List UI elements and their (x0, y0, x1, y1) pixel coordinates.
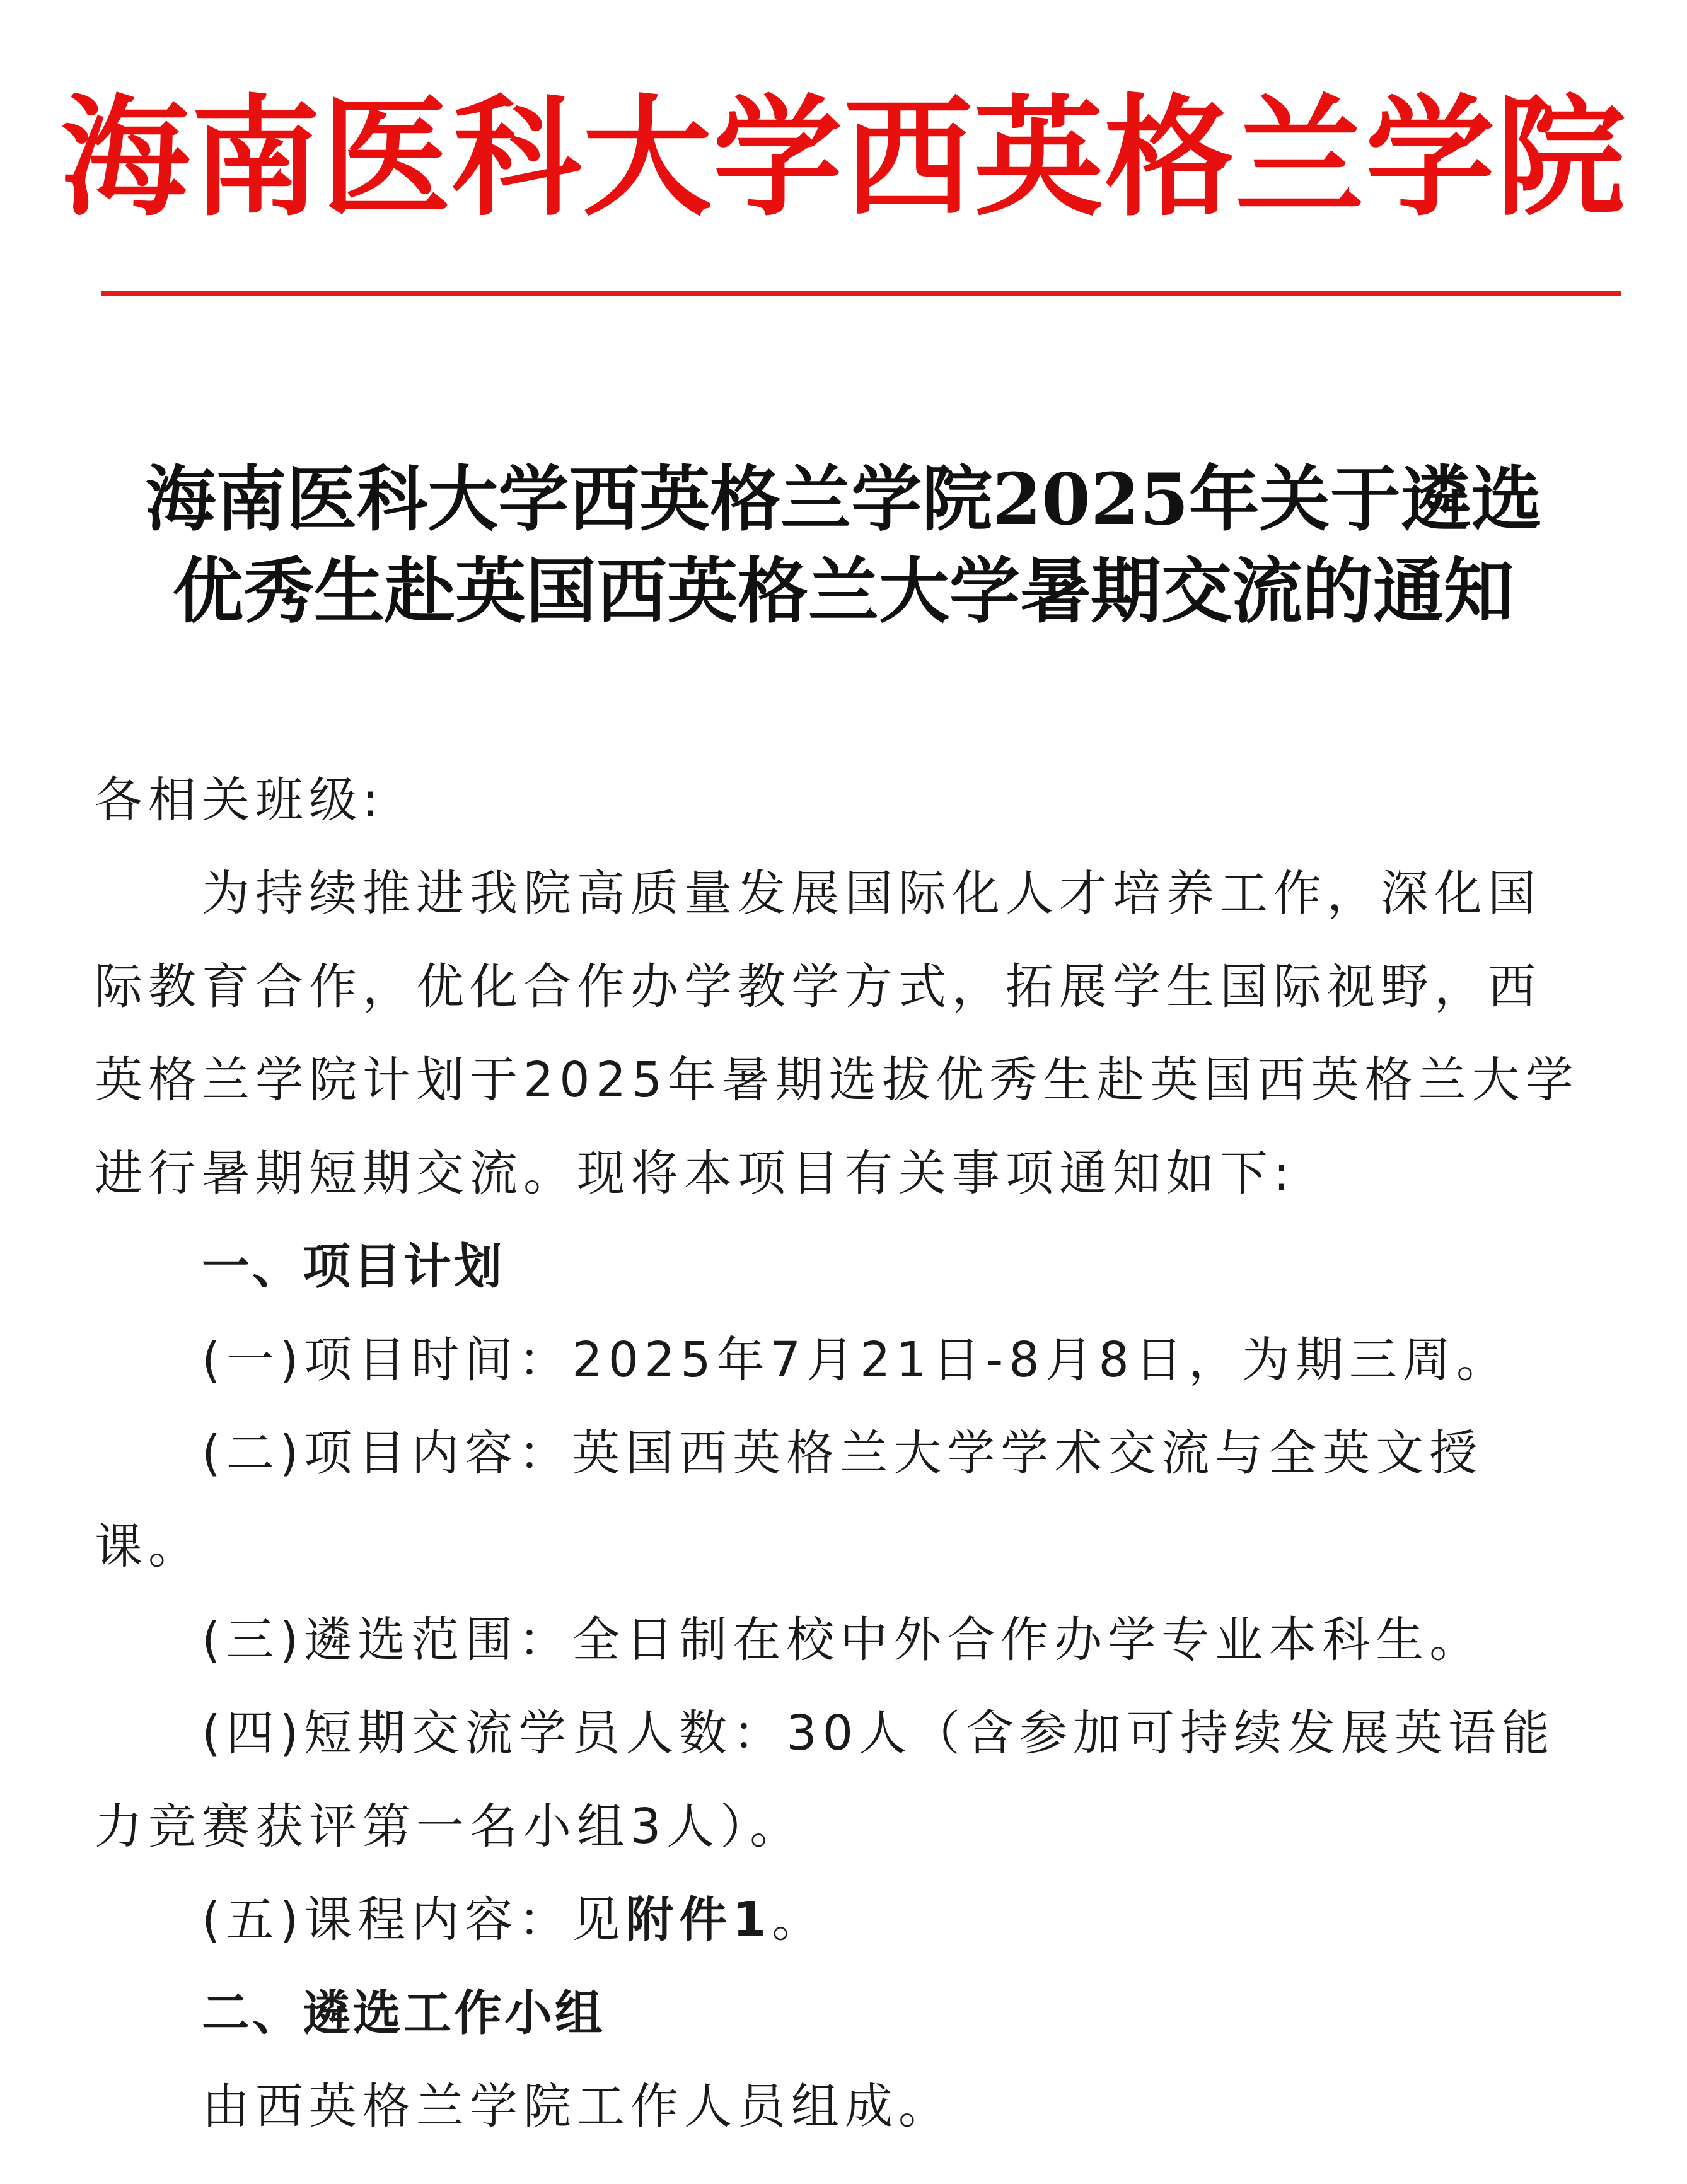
salutation: 各相关班级: (95, 753, 1570, 847)
document-title-line-2: 优秀生赴英国西英格兰大学暑期交流的通知 (0, 546, 1687, 638)
org-masthead: 海南医科大学西英格兰学院 (0, 82, 1687, 233)
selection-team-description: 由西英格兰学院工作人员组成。 (95, 2060, 1570, 2153)
list-item-continuation: 力竞赛获评第一名小组3人）。 (95, 1780, 1570, 1873)
item-label: (二)项目内容： (202, 1425, 572, 1481)
intro-paragraph-line: 为持续推进我院高质量发展国际化人才培养工作，深化国 (95, 847, 1570, 940)
document-title-line-1: 海南医科大学西英格兰学院2025年关于遴选 (0, 454, 1687, 546)
list-item-selection-scope: (三)遴选范围：全日制在校中外合作办学专业本科生。 (95, 1593, 1570, 1687)
item-text: 见 (572, 1891, 625, 1948)
item-label: (四)短期交流学员人数： (202, 1705, 786, 1761)
list-item-course-content: (五)课程内容：见附件1。 (95, 1873, 1570, 1966)
section-heading-selection-team: 二、遴选工作小组 (95, 1966, 1570, 2060)
document-title: 海南医科大学西英格兰学院2025年关于遴选 优秀生赴英国西英格兰大学暑期交流的通… (0, 454, 1687, 638)
list-item-project-time: (一)项目时间：2025年7月21日-8月8日，为期三周。 (95, 1313, 1570, 1407)
item-text: 全日制在校中外合作办学专业本科生。 (572, 1612, 1483, 1668)
attachment-reference: 附件1 (625, 1891, 772, 1948)
item-text: 。 (772, 1891, 825, 1948)
item-label: (一)项目时间： (202, 1332, 572, 1388)
list-item-continuation: 课。 (95, 1500, 1570, 1593)
intro-paragraph-line: 际教育合作，优化合作办学教学方式，拓展学生国际视野，西 (95, 940, 1570, 1033)
item-text: 2025年7月21日-8月8日，为期三周。 (572, 1332, 1510, 1388)
intro-paragraph-line: 英格兰学院计划于2025年暑期选拔优秀生赴英国西英格兰大学 (95, 1033, 1570, 1127)
intro-paragraph-line: 进行暑期短期交流。现将本项目有关事项通知如下: (95, 1127, 1570, 1220)
item-text: 30人（含参加可持续发展英语能 (786, 1705, 1555, 1761)
item-text: 英国西英格兰大学学术交流与全英文授 (572, 1425, 1483, 1481)
item-label: (五)课程内容： (202, 1891, 572, 1948)
list-item-participant-count: (四)短期交流学员人数：30人（含参加可持续发展英语能 (95, 1687, 1570, 1780)
list-item-project-content: (二)项目内容：英国西英格兰大学学术交流与全英文授 (95, 1407, 1570, 1500)
masthead-divider (101, 291, 1621, 296)
item-label: (三)遴选范围： (202, 1612, 572, 1668)
document-body: 各相关班级: 为持续推进我院高质量发展国际化人才培养工作，深化国 际教育合作，优… (95, 753, 1570, 2153)
section-heading-project-plan: 一、项目计划 (95, 1220, 1570, 1313)
